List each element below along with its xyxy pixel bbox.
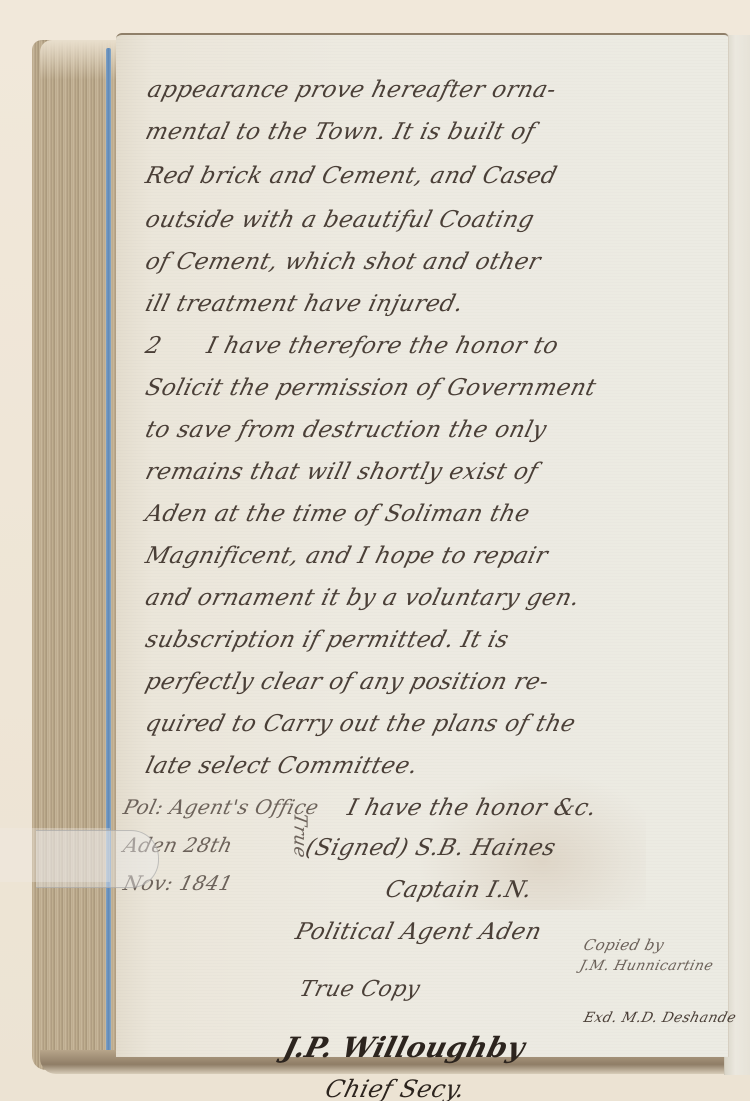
blue-page-edge-marker: [106, 48, 111, 1058]
true-copy-label: True Copy: [297, 977, 423, 1002]
body-line: remains that will shortly exist of: [143, 459, 541, 485]
body-line: ill treatment have injured.: [143, 291, 466, 317]
attestation-signature: J.P. Willoughby: [280, 1031, 529, 1064]
margin-note-copied: Copied by: [582, 936, 666, 954]
manuscript-page: appearance prove hereafter orna- mental …: [116, 33, 728, 1057]
title-line: Political Agent Aden: [293, 919, 545, 945]
signed-line: (Signed) S.B. Haines: [303, 835, 559, 861]
body-line: Red brick and Cement, and Cased: [143, 163, 560, 189]
body-line: and ornament it by a voluntary gen.: [143, 585, 583, 611]
body-line: to save from destruction the only: [143, 417, 550, 443]
attestation-role: Chief Secy.: [323, 1075, 469, 1101]
paragraph-2-start: 2 I have therefore the honor to: [143, 333, 561, 359]
body-line: of Cement, which shot and other: [143, 249, 544, 275]
body-line: quired to Carry out the plans of the: [143, 711, 579, 737]
body-line: Magnificent, and I hope to repair: [143, 543, 551, 569]
body-line: perfectly clear of any position re-: [143, 669, 552, 695]
body-line: appearance prove hereafter orna-: [145, 77, 559, 103]
page-tab-clip[interactable]: [36, 830, 159, 888]
body-line: mental to the Town. It is built of: [143, 119, 538, 145]
body-line: Solicit the permission of Government: [143, 375, 599, 401]
body-line: subscription if permitted. It is: [143, 627, 512, 653]
body-line: late select Committee.: [143, 753, 421, 779]
body-line: outside with a beautiful Coating: [143, 207, 537, 233]
margin-note-examined: Exd. M.D. Deshande: [582, 1010, 738, 1026]
courtesy-line: I have the honor &c.: [345, 795, 600, 821]
rank-line: Captain I.N.: [383, 877, 535, 903]
margin-note-copied-name: J.M. Hunnicartine: [578, 958, 715, 974]
body-line: Aden at the time of Soliman the: [143, 501, 533, 527]
